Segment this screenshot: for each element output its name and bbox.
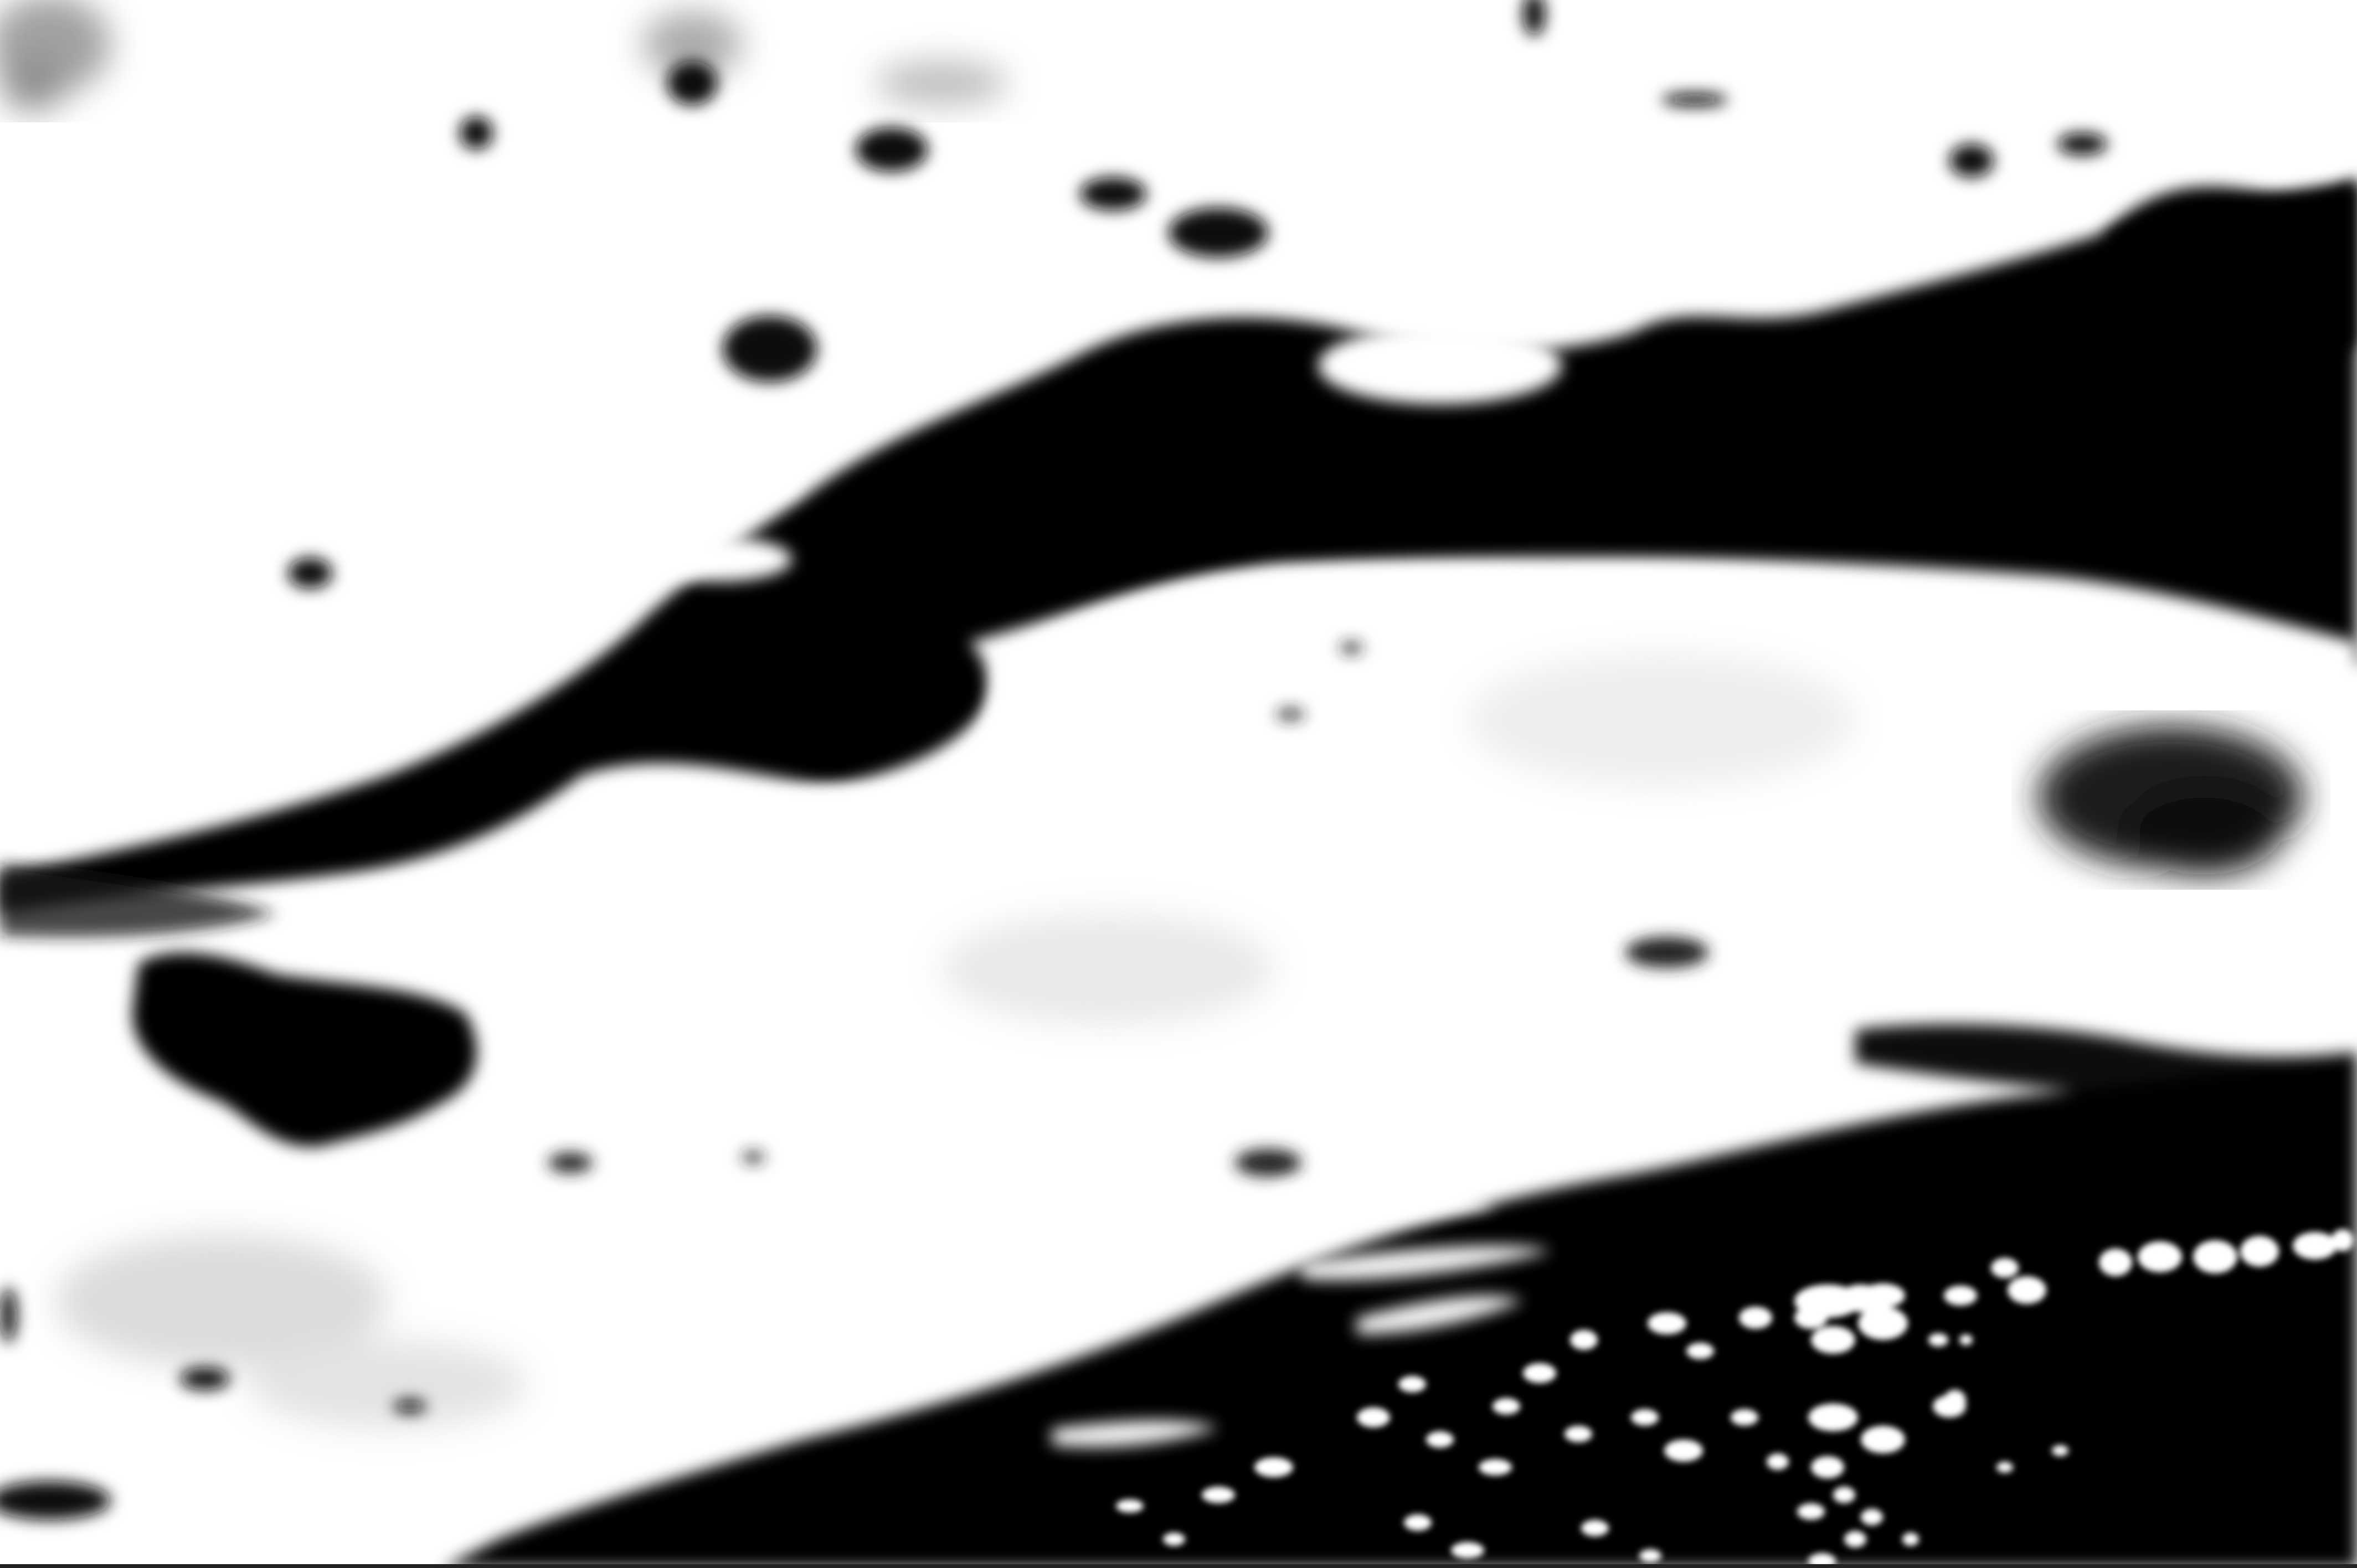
cloud-field <box>0 0 2357 1568</box>
bottom-edge <box>0 1564 2357 1568</box>
satellite-cloud-image <box>0 0 2357 1568</box>
